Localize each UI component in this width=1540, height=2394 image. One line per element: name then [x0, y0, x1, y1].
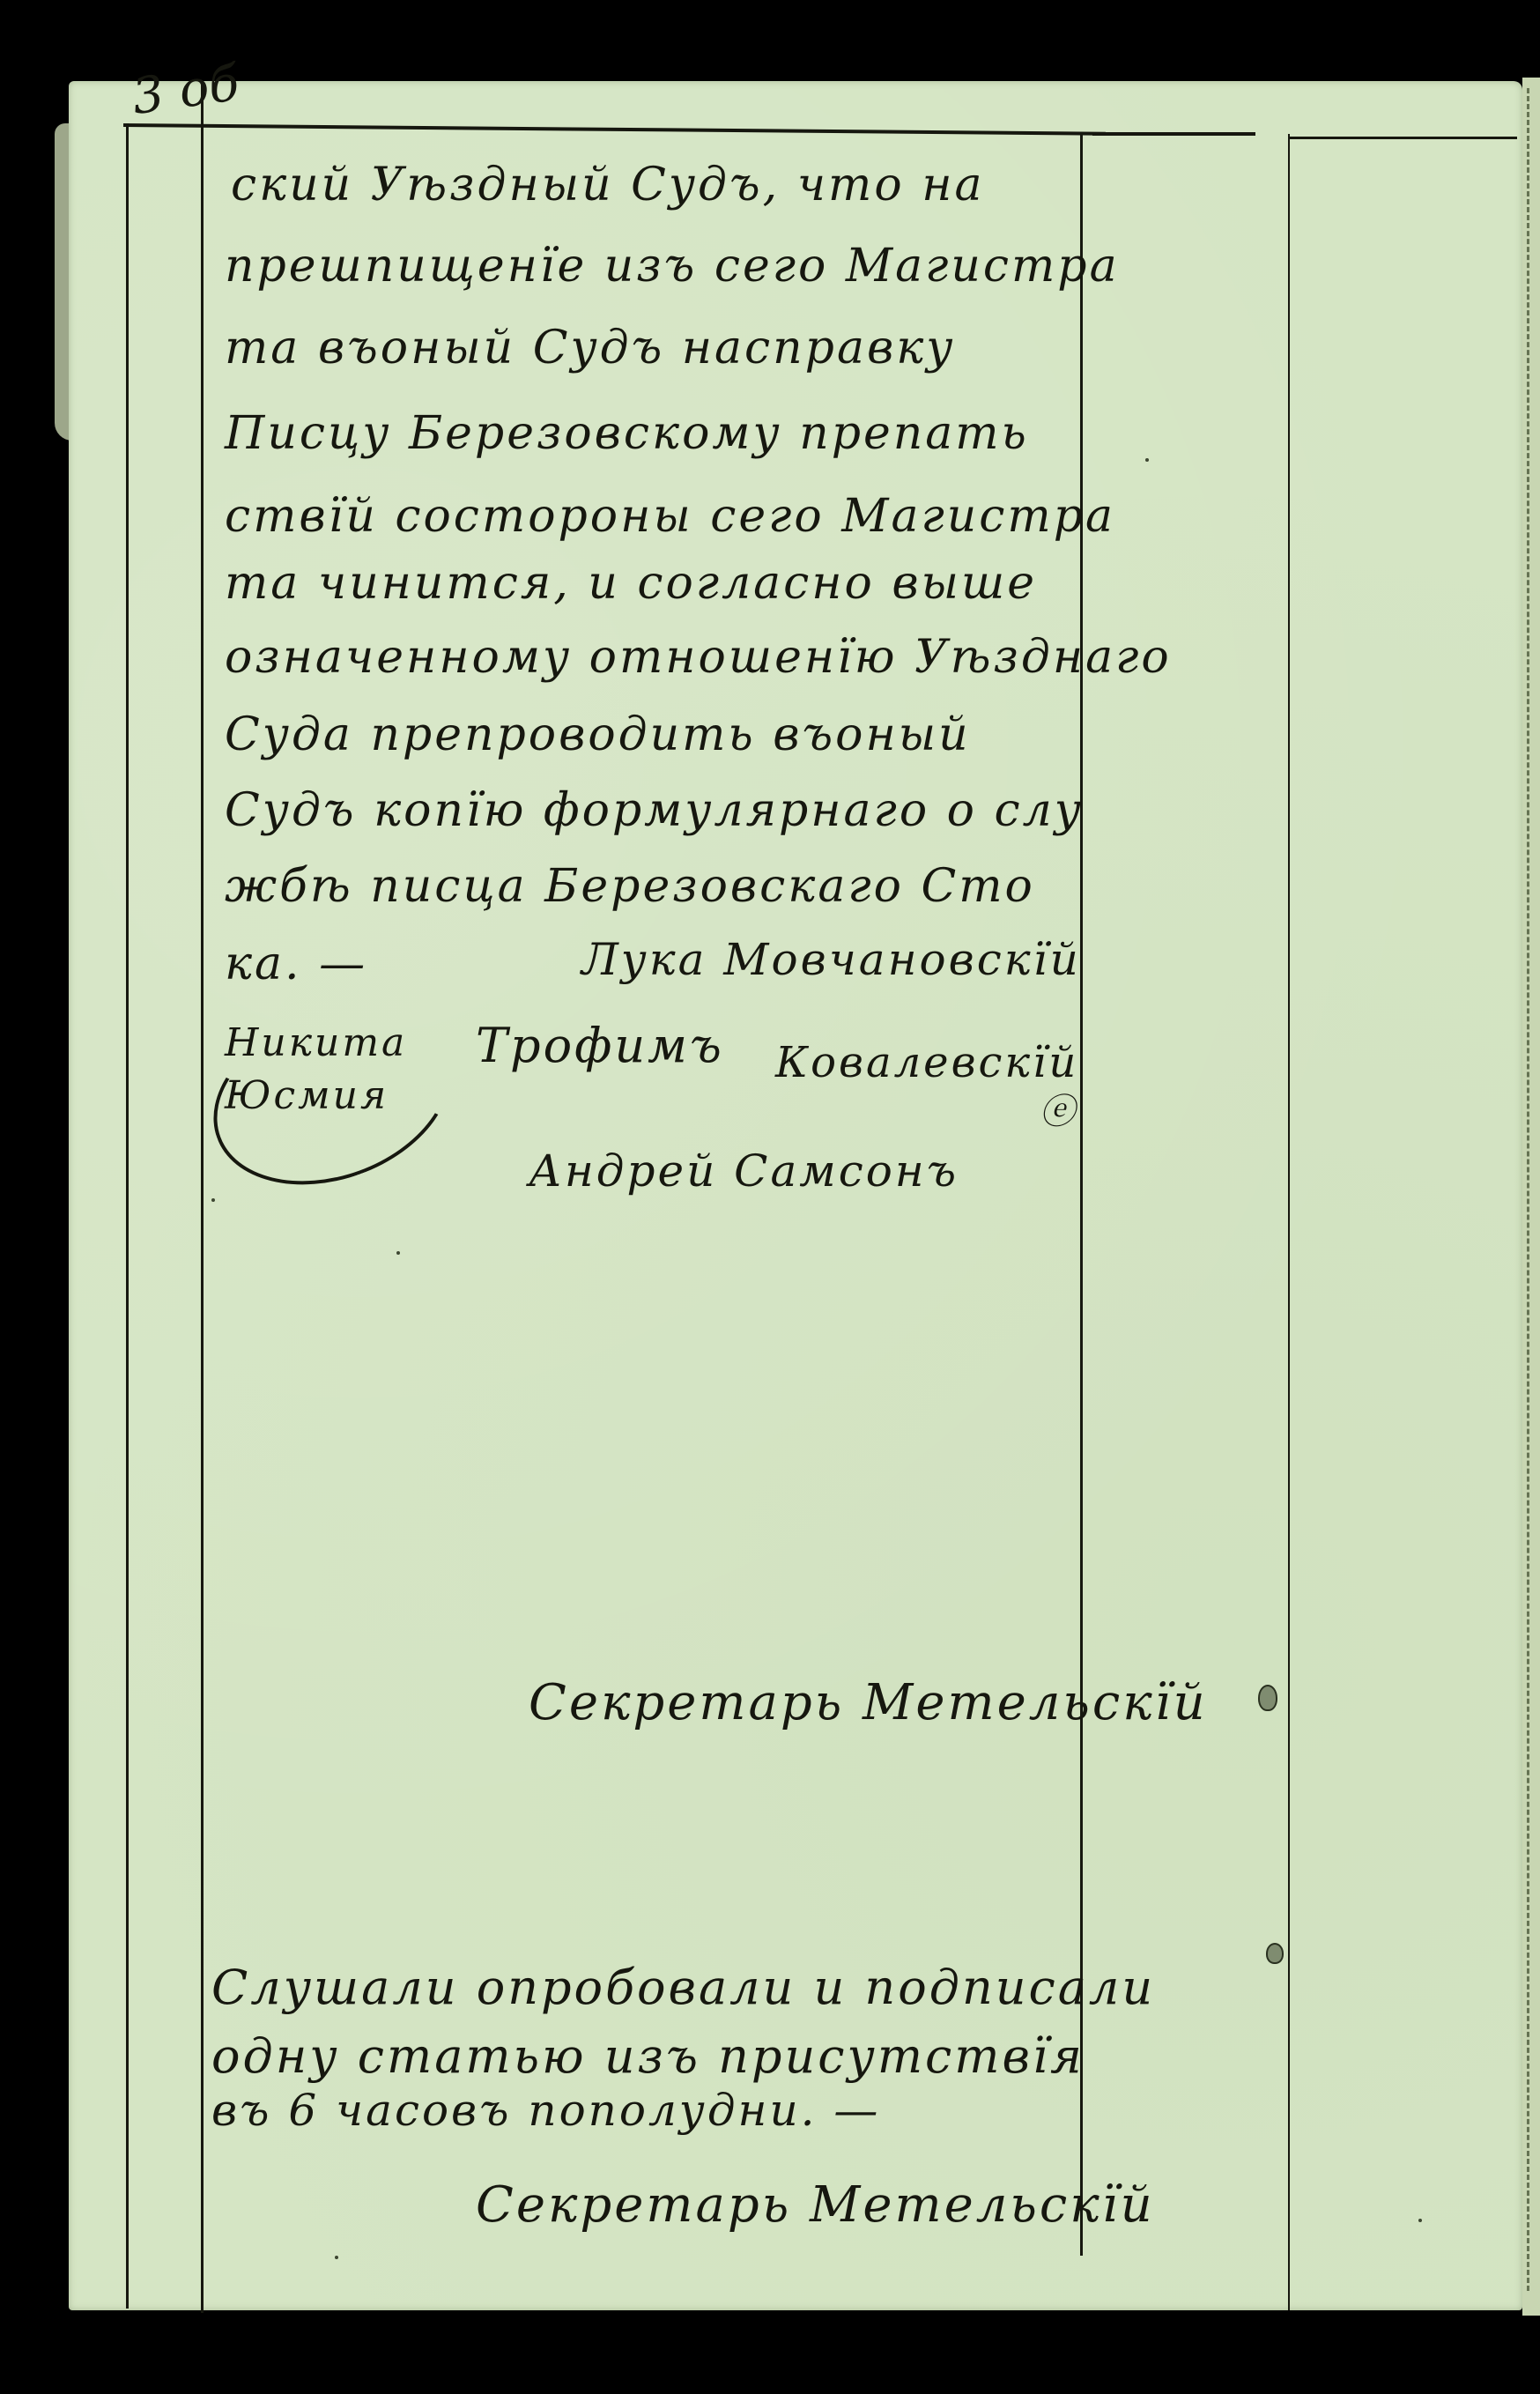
closing-line-3: въ 6 часовъ пополудни. — — [211, 2085, 880, 2136]
signature-secretary-2: Секретарь Метельскїй — [476, 2176, 1155, 2234]
page-hole-1 — [1258, 1685, 1277, 1711]
text-line-1: ский Уѣздный Судъ, что на — [231, 159, 984, 211]
paper-speck — [1145, 458, 1149, 462]
paper-speck — [335, 2256, 338, 2259]
paper-speck — [211, 1198, 215, 1202]
text-line-4: Писцу Березовскому препать — [225, 407, 1029, 460]
signature-movchanovsky: Лука Мовчановскїй — [581, 934, 1081, 985]
signature-trofim: Трофимъ — [476, 1018, 724, 1073]
column-line-1 — [1080, 132, 1083, 2256]
text-line-8: Суда препроводить въоный — [225, 708, 971, 761]
signature-mark-cross: ⓔ — [1040, 1084, 1077, 1134]
column-line-2 — [1288, 134, 1290, 2310]
top-border-line-right — [1092, 132, 1255, 136]
closing-line-1: Слушали опробовали и подписали — [211, 1960, 1155, 2015]
binding-strip — [1522, 78, 1540, 2316]
text-line-11: ка. — — [225, 938, 367, 990]
signature-kovalevsky: Ковалевскїй — [775, 1038, 1078, 1087]
text-line-9: Судъ копїю формулярнаго о слу — [225, 784, 1084, 837]
top-border-line-far-right — [1288, 137, 1517, 139]
paper-speck — [396, 1251, 400, 1255]
margin-line — [201, 84, 204, 2313]
page-hole-2 — [1266, 1943, 1284, 1964]
signature-samson: Андрей Самсонъ — [529, 1145, 959, 1197]
text-line-6: та чинится, и согласно выше — [225, 557, 1037, 610]
text-line-2: прешпищенїе изъ сего Магистра — [225, 240, 1120, 293]
text-line-3: та въоный Судъ насправку — [225, 322, 955, 374]
text-line-10: жбѣ писца Березовскаго Сто — [225, 860, 1035, 913]
text-line-7: означенному отношенїю Уѣзднаго — [225, 631, 1172, 684]
text-line-5: ствїй состороны сего Магистра — [225, 490, 1115, 543]
paper-speck — [1418, 2219, 1422, 2222]
left-border-line — [126, 123, 129, 2309]
closing-line-2: одну статью изъ присутствїя — [211, 2028, 1085, 2084]
signature-secretary-1: Секретарь Метельскїй — [529, 1674, 1208, 1731]
fold-line — [1527, 88, 1529, 2291]
